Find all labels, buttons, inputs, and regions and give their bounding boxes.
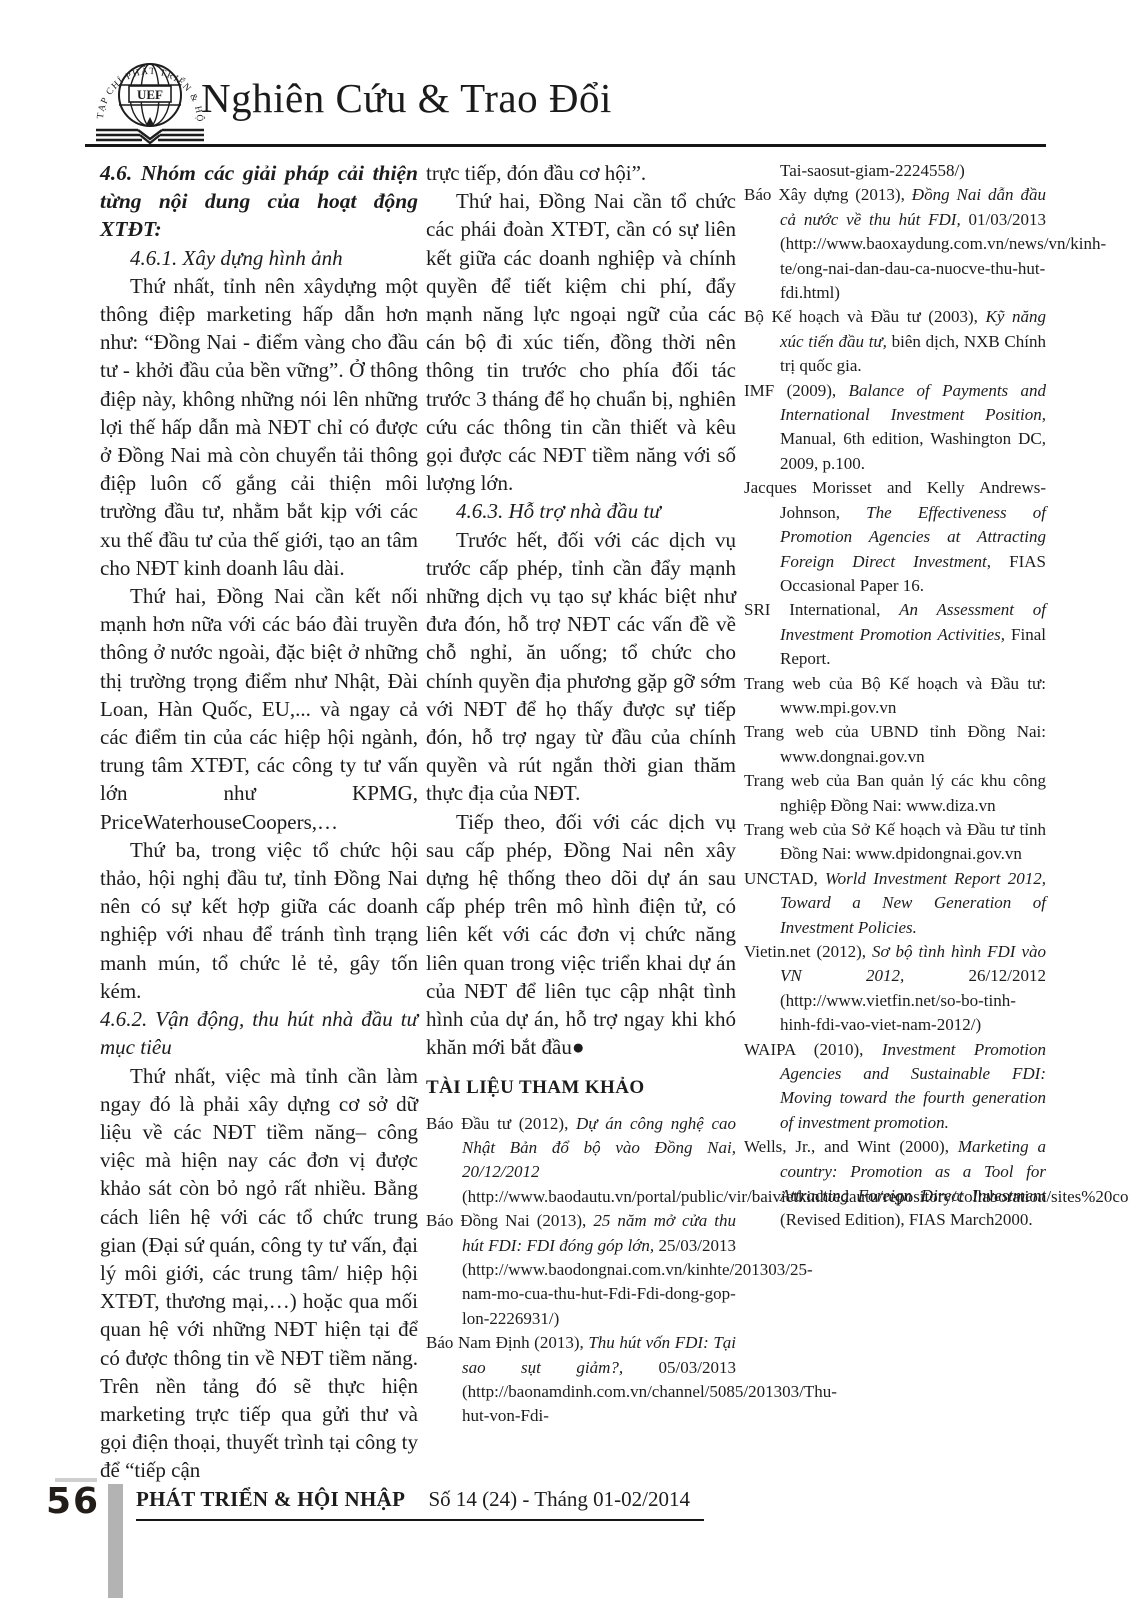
text-segment: 4.6.3. Hỗ trợ nhà đầu tư <box>456 499 661 523</box>
text-segment: Manual, 6th edition, Washington DC, 2009… <box>780 429 1046 472</box>
reference-item: Trang web của Sở Kế hoạch và Đầu tư tỉnh… <box>744 818 1046 867</box>
journal-page: TẠP CHÍ PHÁT TRIỂN & HỘI NHẬP UEF Nghiên… <box>0 0 1129 1598</box>
logo-acronym: UEF <box>137 87 163 102</box>
footer-gray-bar <box>108 1484 123 1598</box>
paragraph: Thứ hai, Đồng Nai cần kết nối mạnh hơn n… <box>100 582 418 836</box>
reference-item: Jacques Morisset and Kelly Andrews-Johns… <box>744 476 1046 598</box>
reference-continuation: Tai-saosut-giam-2224558/) <box>744 159 1046 183</box>
paragraph: Thứ hai, Đồng Nai cần tổ chức các phái đ… <box>426 187 736 497</box>
reference-item: Báo Nam Định (2013), Thu hút vốn FDI: Tạ… <box>426 1331 736 1429</box>
paragraph: Tiếp theo, đối với các dịch vụ sau cấp p… <box>426 808 736 1062</box>
references-heading: TÀI LIỆU THAM KHẢO <box>426 1076 736 1100</box>
page-number: 56 <box>46 1481 100 1522</box>
paragraph-continuation: trực tiếp, đón đầu cơ hội”. <box>426 159 736 187</box>
reference-item: Wells, Jr., and Wint (2000), Marketing a… <box>744 1135 1046 1233</box>
section-title: Nghiên Cứu & Trao Đổi <box>201 76 612 121</box>
reference-item: Báo Đồng Nai (2013), 25 năm mở cửa thu h… <box>426 1209 736 1331</box>
text-segment: WAIPA (2010), <box>744 1040 882 1059</box>
text-segment: Thứ ba, trong việc tổ chức hội thảo, hội… <box>100 838 418 1003</box>
text-segment: Trang web của UBND tỉnh Đồng Nai: www.do… <box>744 722 1046 765</box>
text-segment: Vietin.net (2012), <box>744 942 872 961</box>
text-column-2: trực tiếp, đón đầu cơ hội”.Thứ hai, Đồng… <box>426 159 736 1485</box>
journal-logo-icon: TẠP CHÍ PHÁT TRIỂN & HỘI NHẬP UEF <box>84 33 216 149</box>
header-divider <box>85 144 1046 147</box>
text-segment: Thứ hai, Đồng Nai cần tổ chức các phái đ… <box>426 189 736 495</box>
issue-info: Số 14 (24) - Tháng 01-02/2014 <box>428 1487 690 1511</box>
text-column-1: 4.6. Nhóm các giải pháp cải thiện từng n… <box>100 159 418 1485</box>
text-segment: Wells, Jr., and Wint (2000), <box>744 1137 958 1156</box>
reference-item: Trang web của Ban quản lý các khu công n… <box>744 769 1046 818</box>
footer-journal-line: PHÁT TRIỂN & HỘI NHẬP Số 14 (24) - Tháng… <box>136 1487 704 1521</box>
subsection-heading: 4.6.1. Xây dựng hình ảnh <box>100 244 418 272</box>
text-segment: SRI International, <box>744 600 899 619</box>
text-segment: Báo Đồng Nai (2013), <box>426 1211 593 1230</box>
text-segment: Thứ nhất, việc mà tỉnh cần làm ngay đó l… <box>100 1064 418 1483</box>
text-segment: IMF (2009), <box>744 381 848 400</box>
text-segment: Tiếp theo, đối với các dịch vụ sau cấp p… <box>426 810 736 1060</box>
text-segment: (Revised Edition), FIAS March2000. <box>780 1210 1033 1229</box>
text-segment: Trang web của Sở Kế hoạch và Đầu tư tỉnh… <box>744 820 1046 863</box>
text-segment: Tai-saosut-giam-2224558/) <box>780 161 965 180</box>
paragraph: Trước hết, đối với các dịch vụ trước cấp… <box>426 526 736 808</box>
svg-text:TẠP CHÍ PHÁT TRIỂN & HỘI NHẬP: TẠP CHÍ PHÁT TRIỂN & HỘI NHẬP <box>84 33 206 123</box>
text-segment: Thứ hai, Đồng Nai cần kết nối mạnh hơn n… <box>100 584 418 834</box>
text-segment: 4.6.2. Vận động, thu hút nhà đầu tư mục … <box>100 1007 418 1059</box>
reference-item: WAIPA (2010), Investment Promotion Agenc… <box>744 1038 1046 1136</box>
text-segment: UNCTAD, <box>744 869 825 888</box>
text-segment: Báo Đầu tư (2012), <box>426 1114 576 1133</box>
journal-name: PHÁT TRIỂN & HỘI NHẬP <box>136 1487 405 1511</box>
text-segment: Trang web của Bộ Kế hoạch và Đầu tư: www… <box>744 674 1046 717</box>
reference-item: IMF (2009), Balance of Payments and Inte… <box>744 379 1046 477</box>
text-segment: Thứ nhất, tỉnh nên xâydựng một thông điệ… <box>100 274 418 580</box>
logo-ring-text: TẠP CHÍ PHÁT TRIỂN & HỘI NHẬP <box>84 33 206 123</box>
subsection-heading: 4.6.2. Vận động, thu hút nhà đầu tư mục … <box>100 1005 418 1061</box>
text-segment: Báo Xây dựng (2013), <box>744 185 912 204</box>
subsection-heading: 4.6.3. Hỗ trợ nhà đầu tư <box>426 497 736 525</box>
text-segment: Báo Nam Định (2013), <box>426 1333 588 1352</box>
article-body: 4.6. Nhóm các giải pháp cải thiện từng n… <box>100 159 1046 1485</box>
text-segment: Trang web của Ban quản lý các khu công n… <box>744 771 1046 814</box>
reference-item: Vietin.net (2012), Sơ bộ tình hình FDI v… <box>744 940 1046 1038</box>
reference-item: Báo Đầu tư (2012), Dự án công nghệ cao N… <box>426 1112 736 1210</box>
paragraph: Thứ ba, trong việc tổ chức hội thảo, hội… <box>100 836 418 1005</box>
paragraph: Thứ nhất, việc mà tỉnh cần làm ngay đó l… <box>100 1062 418 1485</box>
reference-item: Báo Xây dựng (2013), Đồng Nai dẫn đầu cả… <box>744 183 1046 305</box>
text-segment: Bộ Kế hoạch và Đầu tư (2003), <box>744 307 985 326</box>
text-column-3: Tai-saosut-giam-2224558/)Báo Xây dựng (2… <box>744 159 1046 1485</box>
text-segment: trực tiếp, đón đầu cơ hội”. <box>426 161 646 185</box>
text-segment: 4.6. Nhóm các giải pháp cải thiện từng n… <box>100 161 418 241</box>
reference-item: Trang web của UBND tỉnh Đồng Nai: www.do… <box>744 720 1046 769</box>
paragraph: Thứ nhất, tỉnh nên xâydựng một thông điệ… <box>100 272 418 582</box>
text-segment: Trước hết, đối với các dịch vụ trước cấp… <box>426 528 736 806</box>
text-segment: TÀI LIỆU THAM KHẢO <box>426 1077 645 1098</box>
reference-item: UNCTAD, World Investment Report 2012, To… <box>744 867 1046 940</box>
text-segment: 4.6.1. Xây dựng hình ảnh <box>130 246 343 270</box>
reference-item: Bộ Kế hoạch và Đầu tư (2003), Kỹ năng xú… <box>744 305 1046 378</box>
reference-item: Trang web của Bộ Kế hoạch và Đầu tư: www… <box>744 672 1046 721</box>
section-heading: 4.6. Nhóm các giải pháp cải thiện từng n… <box>100 159 418 244</box>
reference-item: SRI International, An Assessment of Inve… <box>744 598 1046 671</box>
